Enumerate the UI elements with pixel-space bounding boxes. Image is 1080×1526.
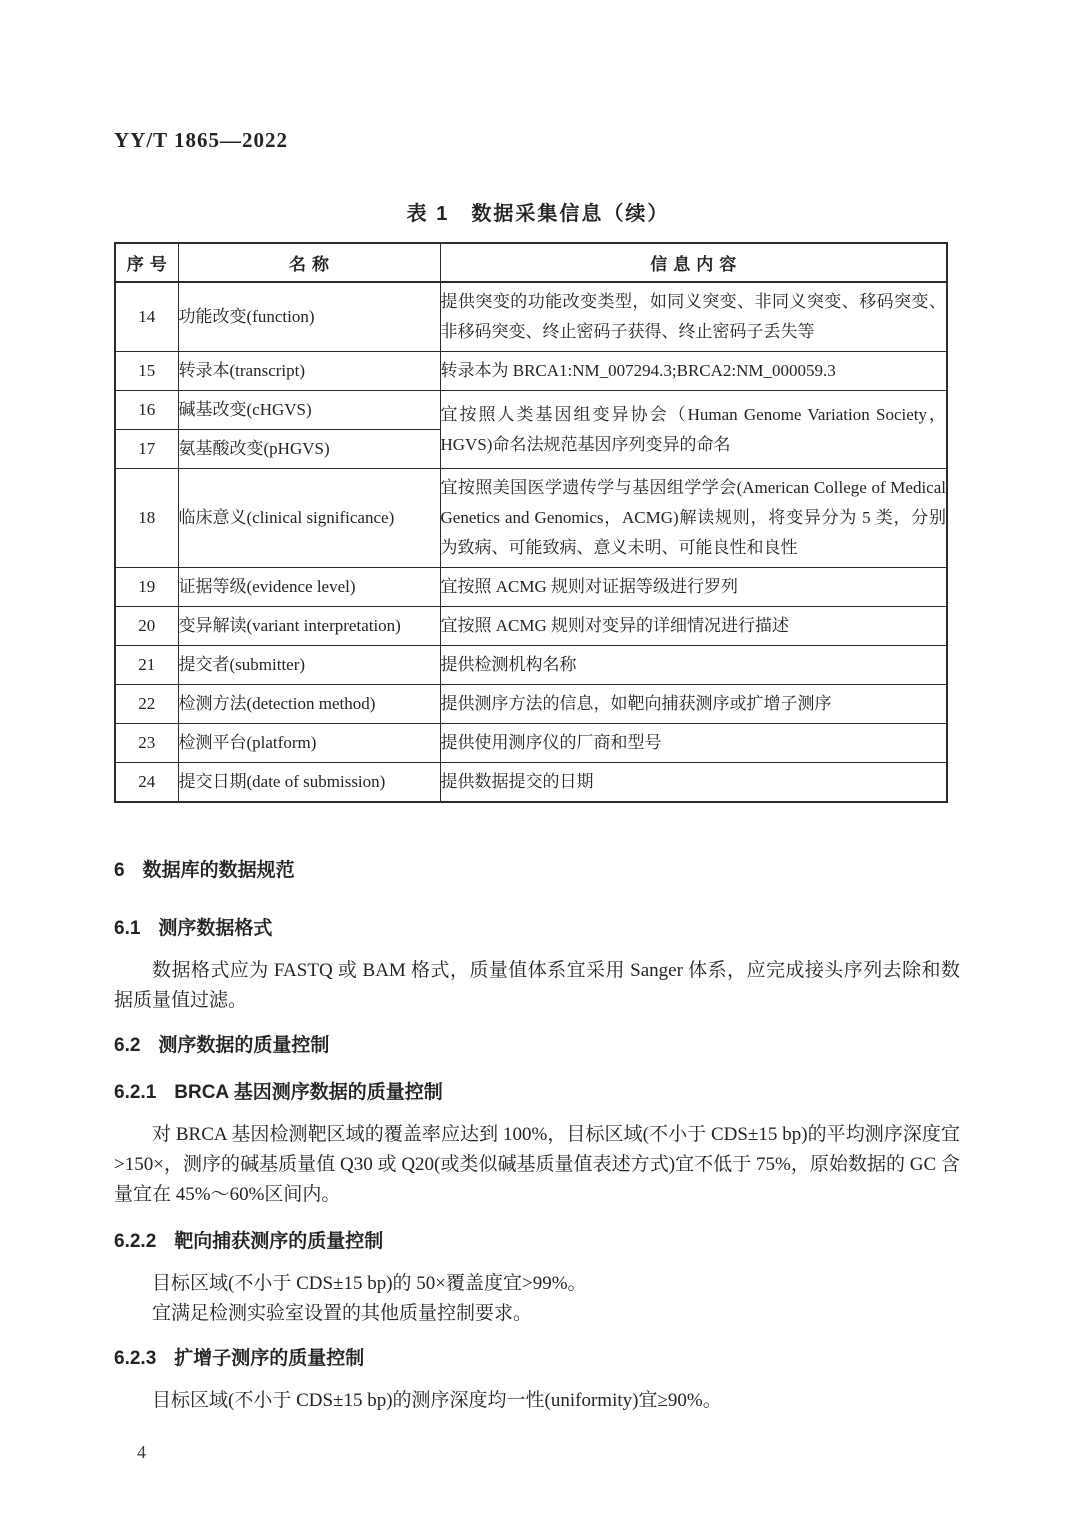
section-title: 数据库的数据规范 xyxy=(143,860,295,881)
table-row: 21 提交者(submitter) 提供检测机构名称 xyxy=(115,646,947,685)
row-content: 提供数据提交的日期 xyxy=(440,763,947,803)
table-row: 23 检测平台(platform) 提供使用测序仪的厂商和型号 xyxy=(115,724,947,763)
section-number: 6.2 xyxy=(114,1035,140,1056)
paragraph-6-2-2-line2: 宜满足检测实验室设置的其他质量控制要求。 xyxy=(114,1299,960,1329)
row-no: 21 xyxy=(115,646,178,685)
row-name: 检测平台(platform) xyxy=(178,724,440,763)
row-name: 转录本(transcript) xyxy=(178,352,440,391)
paragraph-6-2-3: 目标区域(不小于 CDS±15 bp)的测序深度均一性(uniformity)宜… xyxy=(114,1386,960,1416)
table-row: 19 证据等级(evidence level) 宜按照 ACMG 规则对证据等级… xyxy=(115,568,947,607)
section-heading-6-2-3: 6.2.3扩增子测序的质量控制 xyxy=(114,1345,962,1372)
row-no: 18 xyxy=(115,469,178,568)
row-content: 提供突变的功能改变类型，如同义突变、非同义突变、移码突变、非移码突变、终止密码子… xyxy=(440,282,947,352)
table-title: 表 1 数据采集信息（续） xyxy=(114,197,962,226)
row-content: 宜按照 ACMG 规则对证据等级进行罗列 xyxy=(440,568,947,607)
row-no: 15 xyxy=(115,352,178,391)
paragraph-6-2-1: 对 BRCA 基因检测靶区域的覆盖率应达到 100%，目标区域(不小于 CDS±… xyxy=(114,1120,960,1210)
row-name: 提交者(submitter) xyxy=(178,646,440,685)
row-name: 检测方法(detection method) xyxy=(178,685,440,724)
data-collection-table: 序号 名称 信息内容 14 功能改变(function) 提供突变的功能改变类型… xyxy=(114,242,948,803)
table-row: 20 变异解读(variant interpretation) 宜按照 ACMG… xyxy=(115,607,947,646)
section-heading-6-2: 6.2测序数据的质量控制 xyxy=(114,1032,962,1059)
section-heading-6: 6数据库的数据规范 xyxy=(114,857,962,884)
row-content: 宜按照 ACMG 规则对变异的详细情况进行描述 xyxy=(440,607,947,646)
table-row: 18 临床意义(clinical significance) 宜按照美国医学遗传… xyxy=(115,469,947,568)
row-no: 17 xyxy=(115,430,178,469)
row-no: 20 xyxy=(115,607,178,646)
row-content: 提供测序方法的信息，如靶向捕获测序或扩增子测序 xyxy=(440,685,947,724)
page-number: 4 xyxy=(137,1442,962,1463)
section-heading-6-2-2: 6.2.2靶向捕获测序的质量控制 xyxy=(114,1228,962,1255)
section-title: 测序数据格式 xyxy=(158,918,272,939)
row-name: 临床意义(clinical significance) xyxy=(178,469,440,568)
table-row: 16 碱基改变(cHGVS) 宜按照人类基因组变异协会（Human Genome… xyxy=(115,391,947,430)
section-number: 6 xyxy=(114,860,125,881)
standard-number: YY/T 1865—2022 xyxy=(114,128,962,153)
section-number: 6.2.3 xyxy=(114,1348,156,1369)
section-heading-6-1: 6.1测序数据格式 xyxy=(114,915,962,942)
column-header-no: 序号 xyxy=(115,243,178,282)
row-no: 14 xyxy=(115,282,178,352)
table-header-row: 序号 名称 信息内容 xyxy=(115,243,947,282)
column-header-content: 信息内容 xyxy=(440,243,947,282)
section-title: 测序数据的质量控制 xyxy=(158,1035,329,1056)
section-title: BRCA 基因测序数据的质量控制 xyxy=(174,1082,442,1103)
row-content: 宜按照美国医学遗传学与基因组学学会(American College of Me… xyxy=(440,469,947,568)
row-name: 变异解读(variant interpretation) xyxy=(178,607,440,646)
row-no: 19 xyxy=(115,568,178,607)
row-name: 提交日期(date of submission) xyxy=(178,763,440,803)
row-content: 转录本为 BRCA1:NM_007294.3;BRCA2:NM_000059.3 xyxy=(440,352,947,391)
section-number: 6.2.1 xyxy=(114,1082,156,1103)
section-number: 6.2.2 xyxy=(114,1231,156,1252)
table-row: 22 检测方法(detection method) 提供测序方法的信息，如靶向捕… xyxy=(115,685,947,724)
row-name: 功能改变(function) xyxy=(178,282,440,352)
row-content-merged: 宜按照人类基因组变异协会（Human Genome Variation Soci… xyxy=(440,391,947,469)
paragraph-6-1: 数据格式应为 FASTQ 或 BAM 格式，质量值体系宜采用 Sanger 体系… xyxy=(114,956,960,1016)
table-row: 24 提交日期(date of submission) 提供数据提交的日期 xyxy=(115,763,947,803)
row-name: 氨基酸改变(pHGVS) xyxy=(178,430,440,469)
row-no: 24 xyxy=(115,763,178,803)
row-content: 提供使用测序仪的厂商和型号 xyxy=(440,724,947,763)
row-content: 提供检测机构名称 xyxy=(440,646,947,685)
section-title: 靶向捕获测序的质量控制 xyxy=(174,1231,383,1252)
row-no: 16 xyxy=(115,391,178,430)
section-heading-6-2-1: 6.2.1BRCA 基因测序数据的质量控制 xyxy=(114,1079,962,1106)
section-title: 扩增子测序的质量控制 xyxy=(174,1348,364,1369)
document-page: YY/T 1865—2022 表 1 数据采集信息（续） 序号 名称 信息内容 … xyxy=(0,0,1080,1526)
table-row: 15 转录本(transcript) 转录本为 BRCA1:NM_007294.… xyxy=(115,352,947,391)
row-no: 22 xyxy=(115,685,178,724)
row-name: 碱基改变(cHGVS) xyxy=(178,391,440,430)
column-header-name: 名称 xyxy=(178,243,440,282)
row-name: 证据等级(evidence level) xyxy=(178,568,440,607)
row-no: 23 xyxy=(115,724,178,763)
table-row: 14 功能改变(function) 提供突变的功能改变类型，如同义突变、非同义突… xyxy=(115,282,947,352)
paragraph-6-2-2-line1: 目标区域(不小于 CDS±15 bp)的 50×覆盖度宜>99%。 xyxy=(114,1269,960,1299)
section-number: 6.1 xyxy=(114,918,140,939)
